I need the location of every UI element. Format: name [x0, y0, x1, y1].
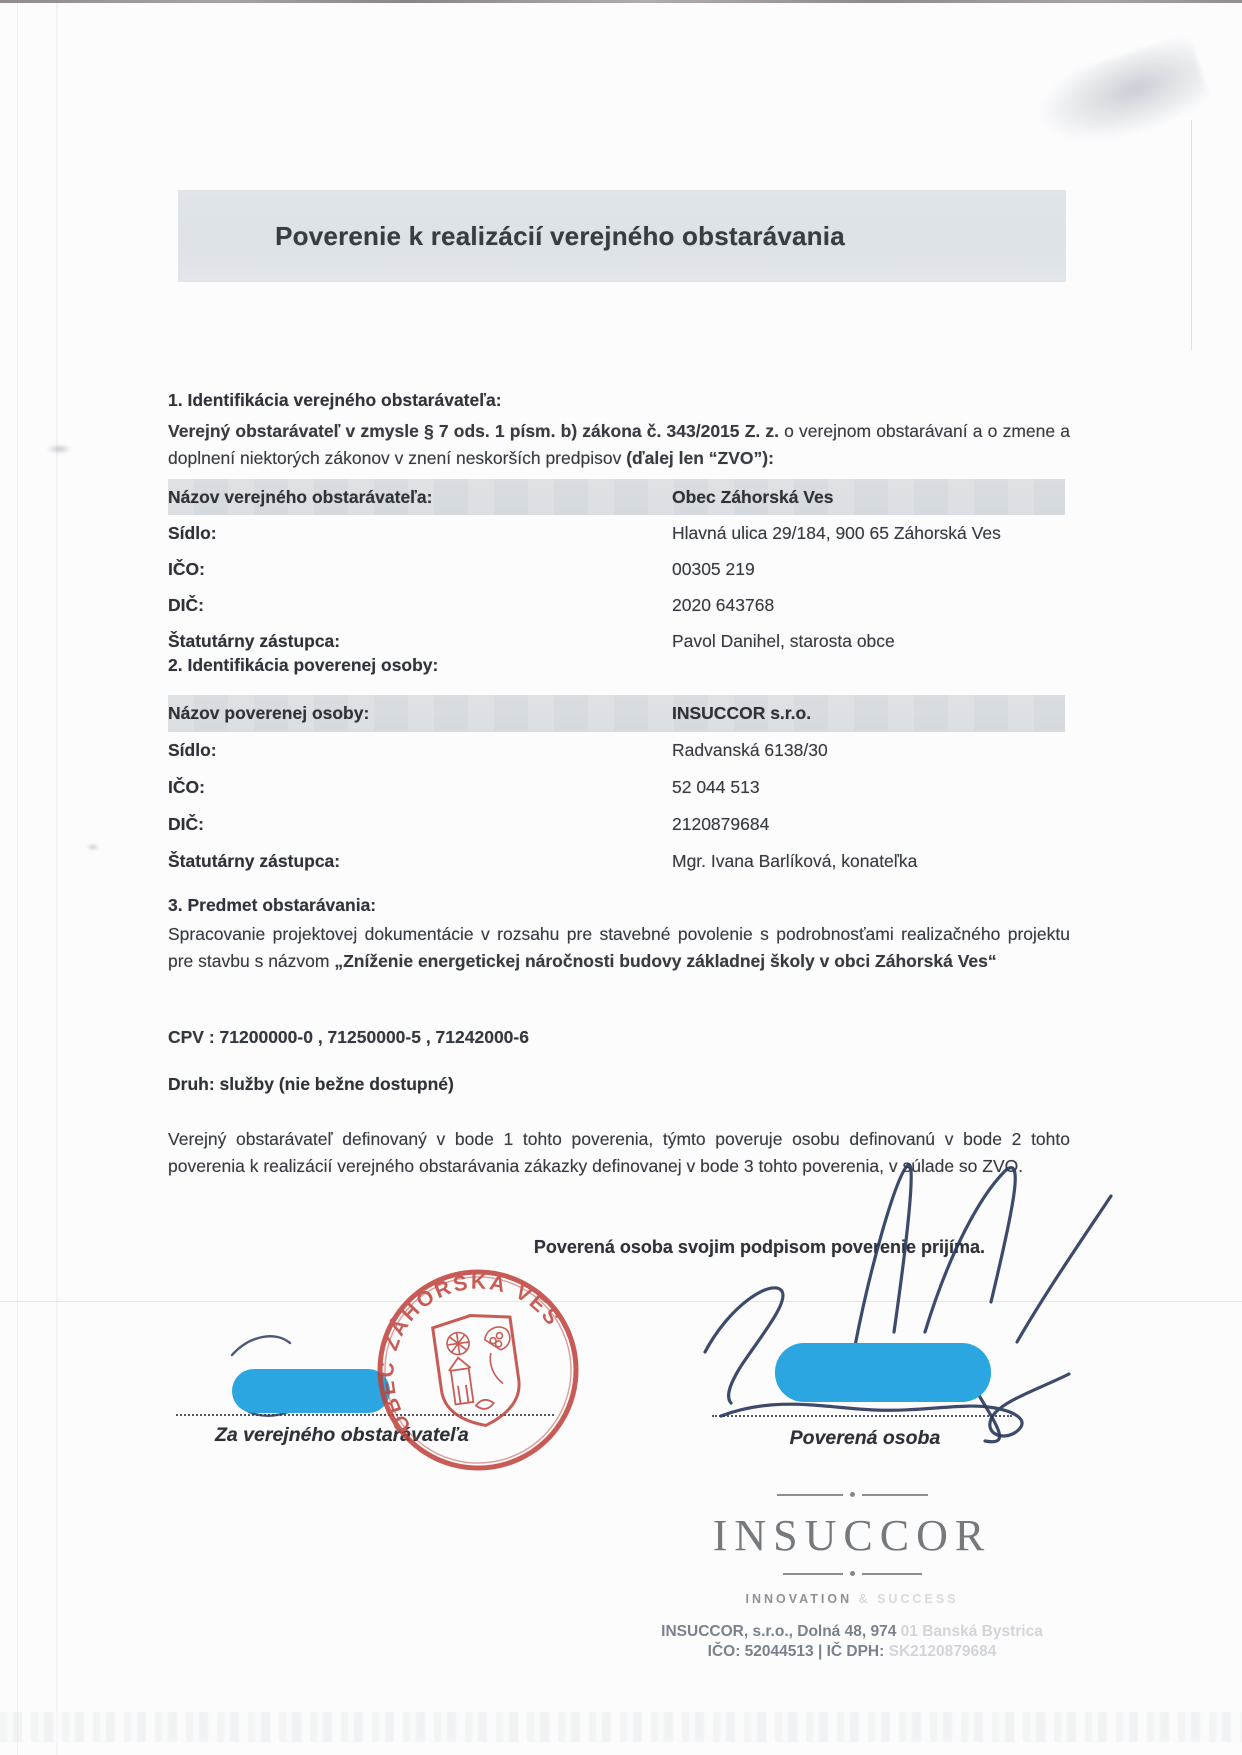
scan-noise-band [0, 1712, 1242, 1742]
row-value: Mgr. Ivana Barlíková, konateľka [672, 851, 917, 872]
row-value: 2020 643768 [672, 595, 774, 616]
tagline-strong: INNOVATION [745, 1592, 852, 1606]
svg-text:OBEC ZÁHORSKÁ VES: OBEC ZÁHORSKÁ VES [362, 1258, 578, 1438]
row-label: Sídlo: [168, 740, 672, 761]
row-label: Štatutárny zástupca: [168, 631, 672, 652]
rule-segment [862, 1494, 928, 1496]
table-row: Štatutárny zástupca: Pavol Danihel, star… [168, 623, 1065, 659]
company-logo-name: INSUCCOR [640, 1505, 1064, 1567]
stamp-tower [447, 1356, 475, 1405]
row-value: Hlavná ulica 29/184, 900 65 Záhorská Ves [672, 523, 1001, 544]
right-signature-redaction [775, 1343, 991, 1402]
row-label: Sídlo: [168, 523, 672, 544]
table-row: Sídlo: Radvanská 6138/30 [168, 732, 1065, 769]
row-value: Radvanská 6138/30 [672, 740, 828, 761]
scan-crease-vertical-2 [56, 0, 58, 1755]
tagline-faded: & SUCCESS [852, 1592, 958, 1606]
table-row: IČO: 52 044 513 [168, 769, 1065, 806]
table-row: IČO: 00305 219 [168, 551, 1065, 587]
table-row: Názov verejného obstarávateľa: Obec Záho… [168, 479, 1065, 515]
section3-heading: 3. Predmet obstarávania: [168, 895, 376, 916]
rule-dot-icon [850, 1492, 855, 1497]
row-value: Obec Záhorská Ves [672, 487, 833, 508]
table-row: DIČ: 2120879684 [168, 806, 1065, 843]
address-faded: 01 Banská Bystrica [896, 1623, 1042, 1640]
table-row: Sídlo: Hlavná ulica 29/184, 900 65 Záhor… [168, 515, 1065, 551]
row-label: IČO: [168, 777, 672, 798]
scan-speck [86, 843, 100, 851]
row-value: INSUCCOR s.r.o. [672, 703, 811, 724]
subject-bold-title: „Zníženie energetickej náročnosti budovy… [334, 951, 996, 971]
row-value: 2120879684 [672, 814, 769, 835]
municipality-stamp: OBEC ZÁHORSKÁ VES [348, 1240, 608, 1500]
right-signatory-label: Poverená osoba [762, 1427, 968, 1450]
logo-rule-top [640, 1492, 1064, 1497]
row-value: Pavol Danihel, starosta obce [672, 631, 895, 652]
scan-speck [46, 444, 72, 454]
row-label: Štatutárny zástupca: [168, 851, 672, 872]
scan-crease-vertical [17, 0, 18, 1755]
authority-table: Názov verejného obstarávateľa: Obec Záho… [168, 479, 1065, 659]
company-logo-block: INSUCCOR INNOVATION & SUCCESS INSUCCOR, … [640, 1492, 1064, 1662]
section1-intro: Verejný obstarávateľ v zmysle § 7 ods. 1… [168, 418, 1070, 472]
stamp-rosette [446, 1331, 471, 1356]
row-value: 52 044 513 [672, 777, 760, 798]
scan-line-artifact [1191, 120, 1192, 350]
address-line: INSUCCOR, s.r.o., Dolná 48, 974 01 Bansk… [640, 1622, 1064, 1642]
right-signature-ink [685, 1140, 1125, 1460]
scan-top-edge [0, 0, 1242, 3]
scanned-document-page: Poverenie k realizácií verejného obstará… [0, 0, 1242, 1755]
rule-segment [783, 1573, 843, 1575]
address-strong: INSUCCOR, s.r.o., Dolná 48, 974 [661, 1623, 896, 1640]
row-label: DIČ: [168, 595, 672, 616]
row-label: Názov verejného obstarávateľa: [168, 487, 672, 508]
company-tagline: INNOVATION & SUCCESS [640, 1592, 1064, 1606]
table-row: Štatutárny zástupca: Mgr. Ivana Barlíkov… [168, 843, 1065, 880]
table-row: Názov poverenej osoby: INSUCCOR s.r.o. [168, 695, 1065, 732]
row-label: DIČ: [168, 814, 672, 835]
rule-dot-icon [850, 1571, 855, 1576]
row-value: 00305 219 [672, 559, 755, 580]
page-title: Poverenie k realizácií verejného obstará… [178, 190, 1066, 282]
ids-faded: SK2120879684 [884, 1643, 996, 1660]
title-band: Poverenie k realizácií verejného obstará… [178, 190, 1066, 282]
intro-bold-tail: (ďalej len “ZVO”): [626, 448, 774, 468]
scan-smudge [1027, 34, 1213, 163]
section1-heading: 1. Identifikácia verejného obstarávateľa… [168, 390, 502, 411]
intro-bold-lead: Verejný obstarávateľ v zmysle § 7 ods. 1… [168, 421, 779, 441]
logo-rule-bottom [640, 1571, 1064, 1576]
row-label: IČO: [168, 559, 672, 580]
section2-heading: 2. Identifikácia poverenej osoby: [168, 655, 438, 676]
rule-segment [862, 1573, 922, 1575]
delegate-table: Názov poverenej osoby: INSUCCOR s.r.o. S… [168, 695, 1065, 880]
company-address: INSUCCOR, s.r.o., Dolná 48, 974 01 Bansk… [640, 1622, 1064, 1662]
rule-segment [777, 1494, 843, 1496]
row-label: Názov poverenej osoby: [168, 703, 672, 724]
cpv-codes: CPV : 71200000-0 , 71250000-5 , 71242000… [168, 1027, 529, 1048]
section3-body: Spracovanie projektovej dokumentácie v r… [168, 921, 1070, 975]
procurement-type: Druh: služby (nie bežne dostupné) [168, 1074, 454, 1095]
table-row: DIČ: 2020 643768 [168, 587, 1065, 623]
registration-line: IČO: 52044513 | IČ DPH: SK2120879684 [640, 1642, 1064, 1662]
ids-strong: IČO: 52044513 | IČ DPH: [708, 1643, 885, 1660]
stamp-text: OBEC ZÁHORSKÁ VES [362, 1258, 578, 1438]
